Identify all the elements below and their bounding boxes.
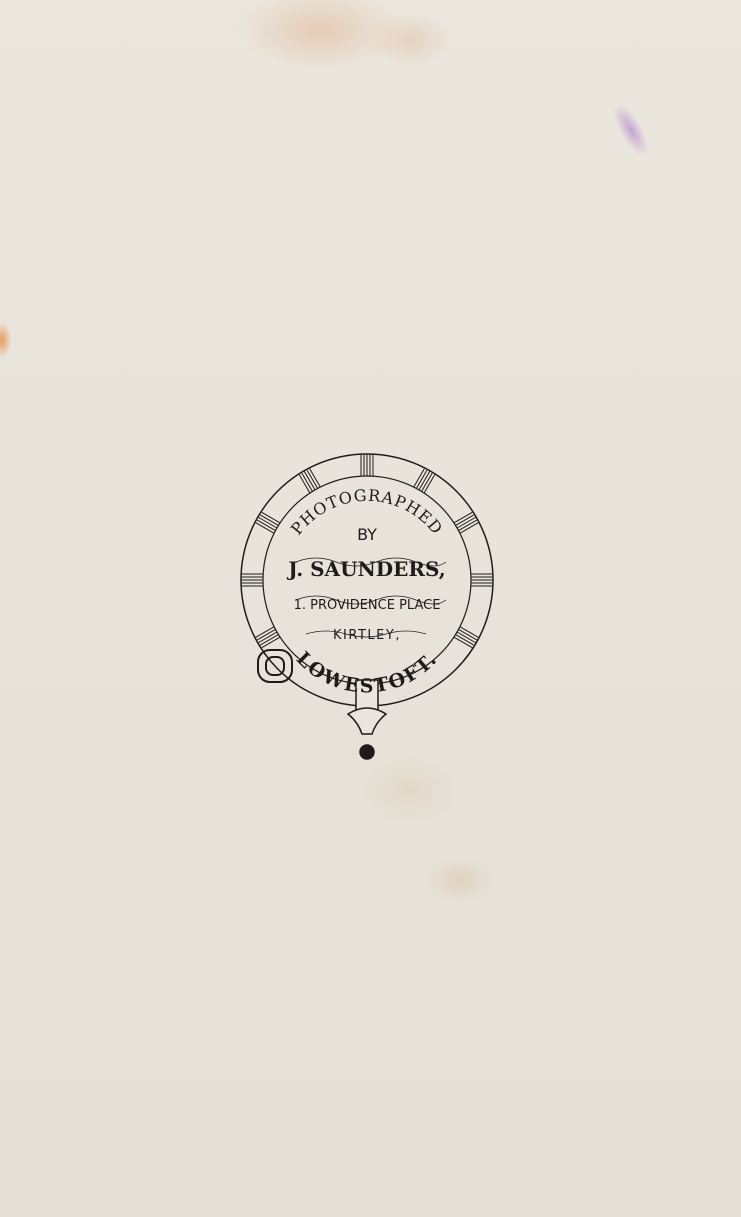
photographer-stamp-emblem: PHOTOGRAPHED BY J. SAUNDERS, 1. PROVIDEN… xyxy=(236,452,498,764)
svg-text:LOWESTOFT.: LOWESTOFT. xyxy=(292,648,442,698)
photo-card-back: PHOTOGRAPHED BY J. SAUNDERS, 1. PROVIDEN… xyxy=(0,0,741,1217)
stamp-text-address: 1. PROVIDENCE PLACE xyxy=(294,598,441,613)
stamp-text-photographer: J. SAUNDERS, xyxy=(286,557,445,581)
stamp-text-by: BY xyxy=(357,525,377,544)
stamp-text-district: KIRTLEY, xyxy=(333,628,401,643)
ink-stain xyxy=(606,99,655,162)
stamp-text-town: LOWESTOFT. xyxy=(292,648,442,698)
